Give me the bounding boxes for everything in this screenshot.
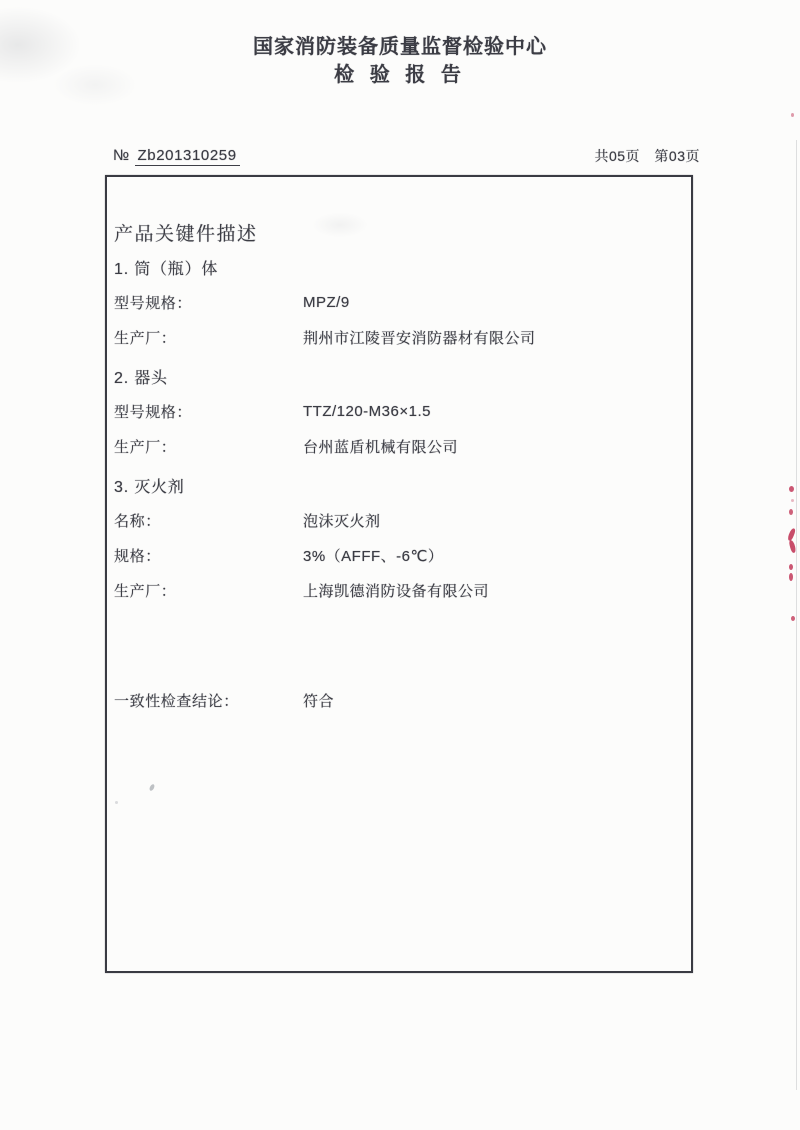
conclusion-label: 一致性检查结论： xyxy=(114,690,303,711)
inspection-center-name: 国家消防装备质量监督检验中心 xyxy=(0,36,800,58)
item-1-model-row: 型号规格： MPZ/9 xyxy=(114,285,681,320)
red-ink-mark xyxy=(789,486,794,492)
report-number-value: Zb201310259 xyxy=(135,147,240,166)
red-ink-mark xyxy=(789,573,793,581)
red-ink-mark xyxy=(791,616,795,621)
conformity-conclusion-row: 一致性检查结论： 符合 xyxy=(114,683,681,718)
field-label: 规格： xyxy=(114,545,303,566)
red-ink-mark xyxy=(791,113,794,117)
field-value: 荆州市江陵晋安消防器材有限公司 xyxy=(303,327,536,348)
item-1-manufacturer-row: 生产厂： 荆州市江陵晋安消防器材有限公司 xyxy=(114,320,681,355)
report-title: 检 验 报 告 xyxy=(0,64,800,86)
scanned-report-page: 国家消防装备质量监督检验中心 检 验 报 告 №Zb201310259 共05页… xyxy=(0,0,800,1130)
item-3-heading: 3. 灭火剂 xyxy=(114,468,681,503)
report-header: 国家消防装备质量监督检验中心 检 验 报 告 xyxy=(0,36,800,86)
field-label: 型号规格： xyxy=(114,401,303,422)
page-info: 共05页 第03页 xyxy=(594,146,700,166)
field-label: 名称： xyxy=(114,510,303,531)
item-3-manufacturer-row: 生产厂： 上海凯德消防设备有限公司 xyxy=(114,573,681,608)
field-value: TTZ/120-M36×1.5 xyxy=(303,403,431,420)
report-number: №Zb201310259 xyxy=(113,147,240,166)
page-current: 第03页 xyxy=(654,148,700,164)
item-2-heading: 2. 器头 xyxy=(114,359,681,394)
field-value: 台州蓝盾机械有限公司 xyxy=(303,436,458,457)
item-2-model-row: 型号规格： TTZ/120-M36×1.5 xyxy=(114,394,681,429)
red-ink-mark xyxy=(789,509,793,515)
item-2-manufacturer-row: 生产厂： 台州蓝盾机械有限公司 xyxy=(114,429,681,464)
field-label: 生产厂： xyxy=(114,580,303,601)
red-ink-mark xyxy=(791,499,794,502)
section-title: 产品关键件描述 xyxy=(114,215,681,250)
item-3-spec-row: 规格： 3%（AFFF、-6℃） xyxy=(114,538,681,573)
field-label: 生产厂： xyxy=(114,327,303,348)
field-value: 上海凯德消防设备有限公司 xyxy=(303,580,489,601)
page-total: 共05页 xyxy=(594,148,640,164)
item-1-heading: 1. 筒（瓶）体 xyxy=(114,250,681,285)
field-value: MPZ/9 xyxy=(303,294,350,311)
field-value: 3%（AFFF、-6℃） xyxy=(303,545,443,566)
conclusion-value: 符合 xyxy=(303,690,334,711)
scan-speck xyxy=(115,801,118,804)
field-label: 型号规格： xyxy=(114,292,303,313)
item-3-name-row: 名称： 泡沫灭火剂 xyxy=(114,503,681,538)
field-label: 生产厂： xyxy=(114,436,303,457)
numero-symbol: № xyxy=(113,147,130,164)
scan-edge-line xyxy=(796,140,797,1090)
meta-row: №Zb201310259 共05页 第03页 xyxy=(113,146,700,166)
field-value: 泡沫灭火剂 xyxy=(303,510,381,531)
report-content-box: 产品关键件描述 1. 筒（瓶）体 型号规格： MPZ/9 生产厂： 荆州市江陵晋… xyxy=(105,175,693,973)
red-ink-mark xyxy=(789,564,793,570)
